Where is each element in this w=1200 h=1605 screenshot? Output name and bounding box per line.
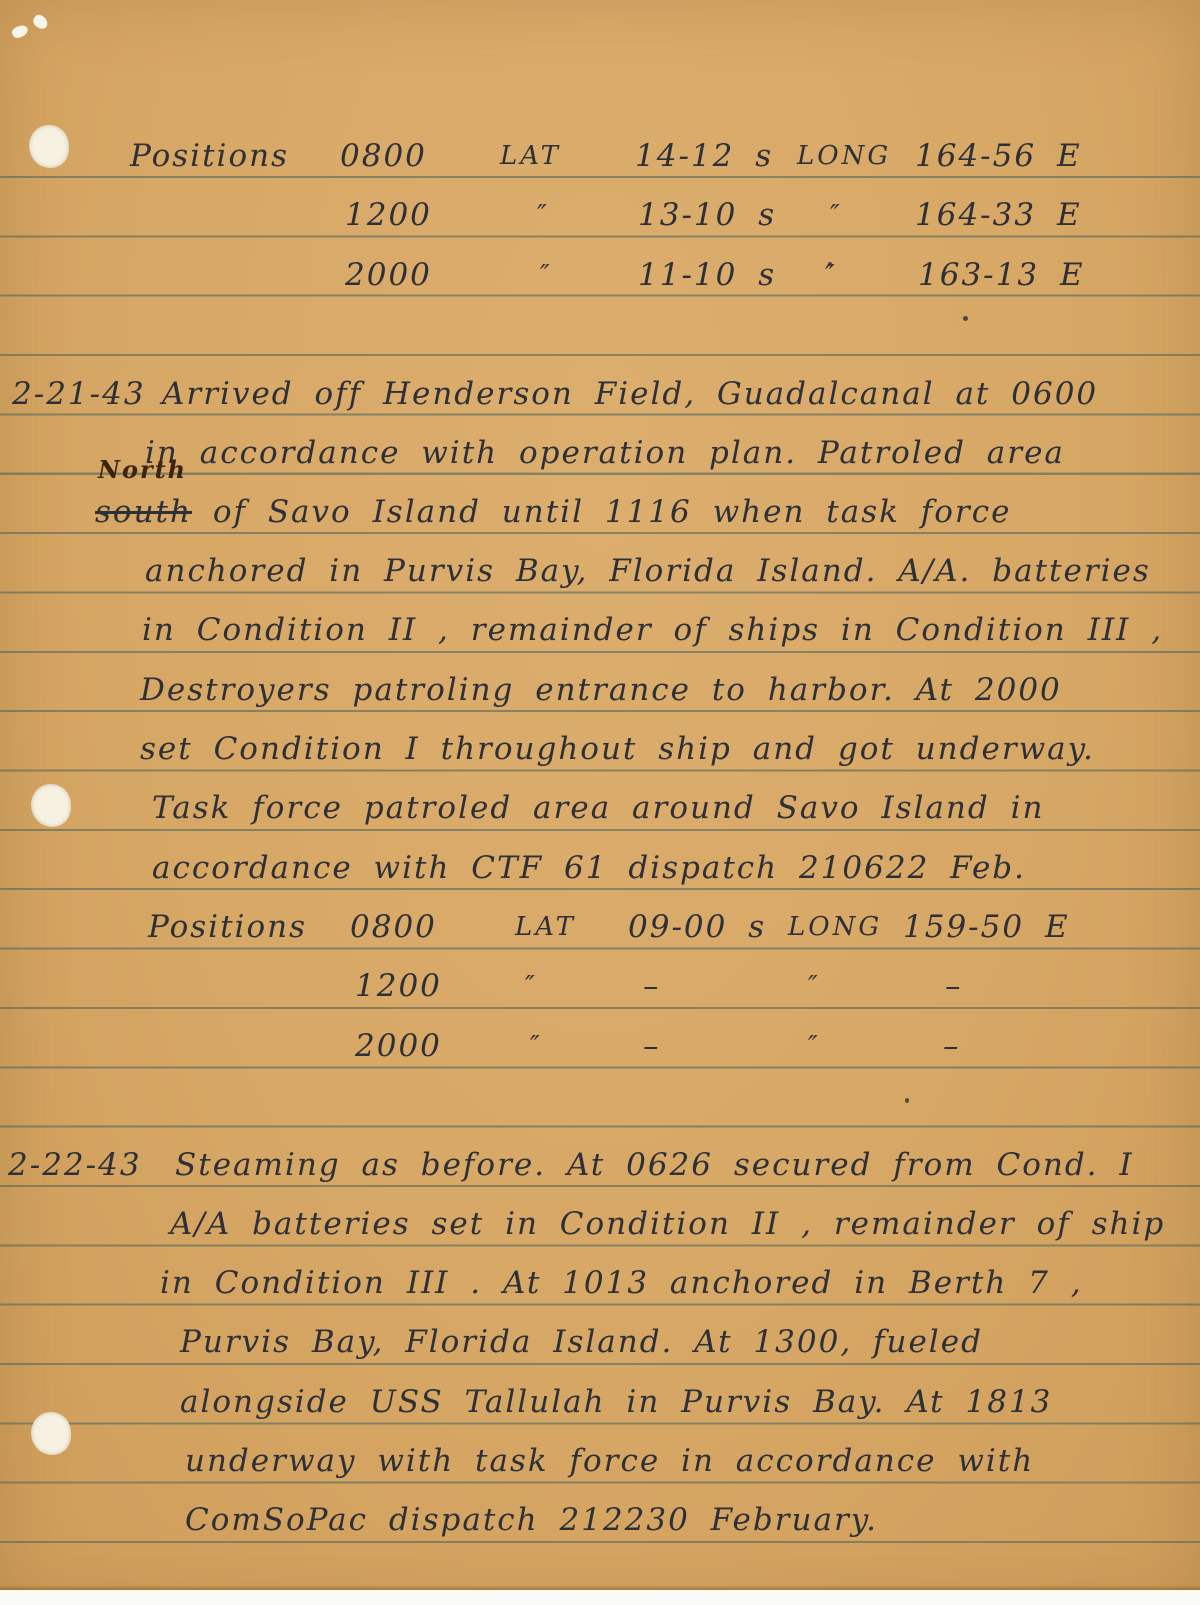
lat-value: 13-10 s	[638, 190, 776, 240]
ditto-mark: ″	[830, 190, 842, 240]
log-entry-line: Purvis Bay, Florida Island. At 1300, fue…	[0, 1317, 1200, 1369]
table-row: 1200 ″ 13-10 s ″ 164-33 E	[0, 190, 1200, 242]
log-entry-line: accordance with CTF 61 dispatch 210622 F…	[0, 843, 1200, 895]
ink-speck	[905, 1098, 909, 1103]
ditto-mark: ″	[808, 961, 820, 1011]
ink-speck	[963, 316, 968, 321]
lat-value: –	[643, 961, 661, 1011]
long-label: LONG	[788, 902, 882, 952]
lat-value: 14-12 s	[635, 131, 773, 181]
scan-background-strip	[0, 1590, 1200, 1605]
ditto-mark: ″	[525, 961, 537, 1011]
paper-chip	[10, 23, 29, 40]
positions-label: Positions	[148, 902, 307, 952]
time-value: 2000	[355, 1021, 442, 1071]
log-entry-line: 2-21-43 Arrived off Henderson Field, Gua…	[0, 369, 1200, 421]
long-value: 163-13 E	[918, 250, 1085, 300]
entry-text: Steaming as before. At 0626 secured from…	[175, 1140, 1134, 1190]
table-row: 1200 ″ – ″ –	[0, 961, 1200, 1013]
table-row: 2000 ″ 11-10 s ″ 163-13 E	[0, 250, 1200, 302]
log-entry-line: 2-22-43 Steaming as before. At 0626 secu…	[0, 1140, 1200, 1192]
log-entry-line: in Condition II , remainder of ships in …	[0, 605, 1200, 657]
time-value: 0800	[350, 902, 437, 952]
time-value: 2000	[345, 250, 432, 300]
lat-value: 11-10 s	[638, 250, 776, 300]
long-label: LONG	[797, 131, 891, 181]
log-entry-line: south of Savo Island until 1116 when tas…	[0, 487, 1200, 539]
time-value: 0800	[340, 131, 427, 181]
time-value: 1200	[345, 190, 432, 240]
table-row: 2000 ″ – ″ –	[0, 1021, 1200, 1073]
inserted-correction: North	[98, 454, 187, 488]
ditto-mark: ″	[808, 1021, 820, 1071]
table-row: Positions 0800 LAT 14-12 s LONG 164-56 E	[0, 131, 1200, 183]
lat-value: 09-00 s	[628, 902, 766, 952]
paper-chip	[31, 13, 50, 31]
ditto-mark: ″	[825, 250, 837, 300]
long-value: 164-56 E	[915, 131, 1082, 181]
long-value: –	[945, 961, 963, 1011]
time-value: 1200	[355, 961, 442, 1011]
lat-label: LAT	[500, 131, 561, 181]
ditto-mark: ″	[540, 250, 552, 300]
entry-date: 2-22-43	[8, 1140, 142, 1190]
notebook-page: Positions 0800 LAT 14-12 s LONG 164-56 E…	[0, 0, 1200, 1605]
ditto-mark: ″	[530, 1021, 542, 1071]
long-value: 159-50 E	[903, 902, 1070, 952]
log-entry-line: Task force patroled area around Savo Isl…	[0, 783, 1200, 835]
log-entry-line: A/A batteries set in Condition II , rema…	[0, 1199, 1200, 1251]
log-entry-line: in Condition III . At 1013 anchored in B…	[0, 1258, 1200, 1310]
long-value: 164-33 E	[915, 190, 1082, 240]
log-entry-line: set Condition I throughout ship and got …	[0, 724, 1200, 776]
struck-out-word: south	[95, 494, 192, 530]
entry-text: of Savo Island until 1116 when task forc…	[192, 494, 1011, 530]
lat-label: LAT	[515, 902, 576, 952]
entry-date: 2-21-43	[12, 369, 146, 419]
entry-text: Arrived off Henderson Field, Guadalcanal…	[162, 369, 1098, 419]
table-row: Positions 0800 LAT 09-00 s LONG 159-50 E	[0, 902, 1200, 954]
positions-label: Positions	[130, 131, 289, 181]
lat-value: –	[643, 1021, 661, 1071]
ditto-mark: ″	[537, 190, 549, 240]
log-entry-line: ComSoPac dispatch 212230 February.	[0, 1495, 1200, 1547]
log-entry-line: Destroyers patroling entrance to harbor.…	[0, 665, 1200, 717]
log-entry-line: alongside USS Tallulah in Purvis Bay. At…	[0, 1377, 1200, 1429]
log-entry-line: underway with task force in accordance w…	[0, 1436, 1200, 1488]
ink-speck	[828, 262, 832, 266]
log-entry-line: anchored in Purvis Bay, Florida Island. …	[0, 546, 1200, 598]
long-value: –	[943, 1021, 961, 1071]
